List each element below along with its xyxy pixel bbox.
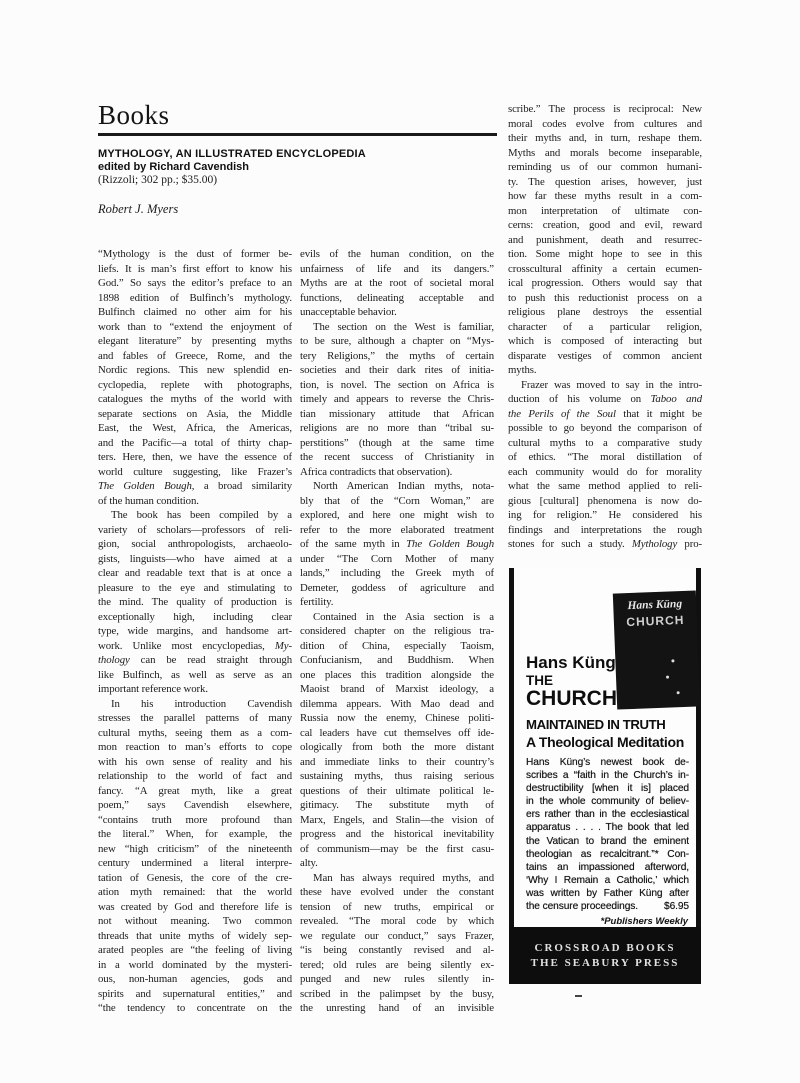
paragraph: Frazer was moved to say in the intro-duc… <box>508 378 702 552</box>
text-line: progress and the historical inevitabilit… <box>300 827 494 842</box>
text-line: moral codes evolve from cultures and <box>508 117 702 132</box>
publisher-band: CROSSROAD BOOKS THE SEABURY PRESS <box>509 927 701 984</box>
text-line: work than to “extend the enjoyment of <box>98 320 292 335</box>
paragraph: The book has been compiled by avariety o… <box>98 508 292 697</box>
text-segment: pro- <box>677 538 702 550</box>
text-line: fancy. “A great myth, like a great <box>98 784 292 799</box>
text-line: stones for such a study. Mythology pro- <box>508 537 702 552</box>
text-line: “is being constantly revised and al- <box>300 943 494 958</box>
text-line: ation myth remained: that the world <box>98 885 292 900</box>
cover-speck <box>671 659 674 662</box>
text-line: ers rather than in the ecclesiastical <box>526 808 689 821</box>
text-line: dilemma appears. With Mao dead and <box>300 697 494 712</box>
book-cover-title: CHURCH <box>614 612 697 629</box>
text-line: to push this reductionist process on a <box>508 291 702 306</box>
book-cover-author: Hans Küng <box>613 597 696 613</box>
text-line: Nordic regions. This new splendid en- <box>98 363 292 378</box>
text-line: Myths are at the root of societal moral <box>300 276 494 291</box>
cover-speck <box>677 691 680 694</box>
text-line: cal leaders have cut themselves off ide- <box>300 726 494 741</box>
text-line: Myths and morals become inseparable, <box>508 146 702 161</box>
text-line: Bulfinch claimed no other aim for his <box>98 305 292 320</box>
text-line: evils of the human condition, on the <box>300 247 494 262</box>
text-segment: duction of his volume on <box>508 393 651 405</box>
text-line: duction of his volume on Taboo and <box>508 392 702 407</box>
text-segment: work. Unlike most encyclopedias, <box>98 640 275 652</box>
text-line: which is composed of interacting but <box>508 334 702 349</box>
italic-title: Taboo and <box>651 393 702 405</box>
text-line: the mind. The quality of production is <box>98 595 292 610</box>
text-line: scribed in the palimpset by the busy, <box>300 987 494 1002</box>
text-line: Confucianism, and Buddhism. When <box>300 653 494 668</box>
text-line: religious plane destroys the essential <box>508 305 702 320</box>
text-line: what the same method applied to reli- <box>508 479 702 494</box>
text-line: cultural myths, seeing them as a com- <box>98 726 292 741</box>
article-column-2: evils of the human condition, on theunfa… <box>300 247 494 1016</box>
text-line: these have evolved under the constant <box>300 885 494 900</box>
text-line: dition of China, especially Taoism, <box>300 639 494 654</box>
text-line: bly that of the “Corn Woman,” are <box>300 494 494 509</box>
text-line: 1898 edition of Bulfinch’s mythology. <box>98 291 292 306</box>
text-line: ical progression. Others would say that <box>508 276 702 291</box>
publisher-imprint: CROSSROAD BOOKS <box>535 942 676 955</box>
text-line: of ethics. “The moral distillation of <box>508 450 702 465</box>
text-line: findings and interpretations the rough <box>508 523 702 538</box>
text-line: arated peoples are “the feeling of livin… <box>98 943 292 958</box>
text-line: Frazer was moved to say in the intro- <box>508 378 702 393</box>
article-column-1: “Mythology is the dust of former be-lief… <box>98 247 292 1016</box>
text-line: Hans Küng’s newest book de- <box>526 756 689 769</box>
text-line: scribe.” The process is reciprocal: New <box>508 102 702 117</box>
publisher-name: THE SEABURY PRESS <box>531 957 680 970</box>
text-line: liefs. It is man’s first effort to know … <box>98 262 292 277</box>
text-line: tian missionary attitude that African <box>300 407 494 422</box>
text-line: under “The Corn Mother of many <box>300 552 494 567</box>
text-line: stresses the parallel patterns of many <box>98 711 292 726</box>
text-line: ologically from both the more distant <box>300 740 494 755</box>
text-line: we regulate our conduct,” says Frazer, <box>300 929 494 944</box>
text-line: was written by Father Küng after <box>526 887 689 900</box>
text-line: questions of their ultimate political le… <box>300 784 494 799</box>
text-line: refer to the more elaborated treatment <box>300 523 494 538</box>
text-line: cerns: creation, good and evil, reward <box>508 218 702 233</box>
text-line: societies and their dark rites of initia… <box>300 363 494 378</box>
ad-subtitle-maintained: MAINTAINED IN TRUTH <box>526 717 665 732</box>
text-line: timely and appears to reverse the Chris- <box>300 392 494 407</box>
text-line: theologian as recalcitrant.”* Con- <box>526 848 689 861</box>
section-title: Books <box>98 100 170 130</box>
ad-title-church: CHURCH <box>526 688 617 710</box>
text-line: the censure proceedings.$6.95 <box>526 900 689 913</box>
text-segment: the censure proceedings. <box>526 900 638 913</box>
text-line: ing for religion.” He considered his <box>508 508 702 523</box>
text-line: century undermined a literal interpre- <box>98 856 292 871</box>
text-line: gious [cultural] phenomena is now do- <box>508 494 702 509</box>
text-line: the Vatican to brand the eminent <box>526 835 689 848</box>
text-line: was created by God and therefore life is <box>98 900 292 915</box>
italic-title: the Perils of the Soul <box>508 408 616 420</box>
text-line: gists, linguists—who have aimed at a <box>98 552 292 567</box>
ad-price: $6.95 <box>664 900 689 913</box>
text-line: mon reaction to man’s efforts to cope <box>98 740 292 755</box>
text-line: revealed. “The moral code by which <box>300 914 494 929</box>
cover-speck <box>666 676 669 679</box>
text-line: in a world dominated by the mysteri- <box>98 958 292 973</box>
paragraph: evils of the human condition, on theunfa… <box>300 247 494 320</box>
text-line: crosscultural affinity a certain ecumen- <box>508 262 702 277</box>
reviewed-book-title: MYTHOLOGY, AN ILLUSTRATED ENCYCLOPEDIA <box>98 148 366 161</box>
text-segment: that it might be <box>616 408 702 420</box>
text-line: “the tendency to concentrate on the <box>98 1001 292 1016</box>
text-line: destructibility [when it is] placed <box>526 782 689 795</box>
paragraph: Contained in the Asia section is aconsid… <box>300 610 494 871</box>
text-line: and punishment, death and resurrec- <box>508 233 702 248</box>
text-line: mon interpretation of ultimate con- <box>508 204 702 219</box>
italic-title: thology <box>98 654 130 666</box>
text-line: how far these myths result in a com- <box>508 189 702 204</box>
text-line: in the whole community of believ- <box>526 795 689 808</box>
text-line: type, wide margins, and handsome art- <box>98 624 292 639</box>
text-line: sustaining myths, thus raising serious <box>300 769 494 784</box>
text-line: tery Religions,” the myths of certain <box>300 349 494 364</box>
text-line: the recent success of Christianity in <box>300 450 494 465</box>
text-line: of the human condition. <box>98 494 292 509</box>
text-line: East, the West, Africa, the Americas, <box>98 421 292 436</box>
text-line: lands,” including the Greek myth of <box>300 566 494 581</box>
text-line: alty. <box>300 856 494 871</box>
text-line: the Perils of the Soul that it might be <box>508 407 702 422</box>
reviewer-name: Robert J. Myers <box>98 202 178 217</box>
italic-title: The Golden Bough <box>98 480 192 492</box>
text-line: work. Unlike most encyclopedias, My- <box>98 639 292 654</box>
text-line: not without meaning. Two common <box>98 914 292 929</box>
text-line: with his own sense of reality and his <box>98 755 292 770</box>
text-line: gion, social anthropologists, archaeolo- <box>98 537 292 552</box>
text-line: exceptionally high, including clear <box>98 610 292 625</box>
text-line: tion, is novel. The section on Africa is <box>300 378 494 393</box>
text-line: possible to go beyond the comparison of <box>508 421 702 436</box>
text-line: catalogues the myths of the world with <box>98 392 292 407</box>
text-line: apparatus . . . . The book that led <box>526 821 689 834</box>
text-line: cultural myths to a comparative study <box>508 436 702 451</box>
text-line: cyclopedia, replete with photographs, <box>98 378 292 393</box>
text-line: In his introduction Cavendish <box>98 697 292 712</box>
ink-speck <box>575 995 582 997</box>
text-line: relationship to the world of fact and <box>98 769 292 784</box>
text-line: poem,” says Cavendish elsewhere, <box>98 798 292 813</box>
text-line: thology can be read straight through <box>98 653 292 668</box>
text-line: “Mythology is the dust of former be- <box>98 247 292 262</box>
text-line: the unresting hand of an invisible <box>300 1001 494 1016</box>
text-line: each community would do for morality <box>508 465 702 480</box>
paragraph: North American Indian myths, nota-bly th… <box>300 479 494 610</box>
ad-review-credit: *Publishers Weekly <box>601 916 688 927</box>
reviewed-book-publisher: (Rizzoli; 302 pp.; $35.00) <box>98 174 217 187</box>
text-line: “contains truth more profound than <box>98 813 292 828</box>
text-line: Marx, Engels, and Stalin—the vision of <box>300 813 494 828</box>
text-line: the literal.” When, for example, the <box>98 827 292 842</box>
text-line: The section on the West is familiar, <box>300 320 494 335</box>
paragraph: Hans Küng’s newest book de-scribes a “fa… <box>526 756 689 913</box>
text-line: gitimacy. The substitute myth of <box>300 798 494 813</box>
text-line: and immediate links to their country’s <box>300 755 494 770</box>
text-line: ters. Here, then, we have the essence of <box>98 450 292 465</box>
text-line: disparate vestiges of common ancient <box>508 349 702 364</box>
text-segment: , a broad similarity <box>192 480 292 492</box>
text-line: of the same myth in The Golden Bough <box>300 537 494 552</box>
text-line: and the Pacific—a total of thirty chap- <box>98 436 292 451</box>
text-line: religions are no more than “tribal su- <box>300 421 494 436</box>
text-line: explored, and here one might wish to <box>300 508 494 523</box>
text-line: Contained in the Asia section is a <box>300 610 494 625</box>
text-segment: of the same myth in <box>300 538 406 550</box>
text-line: tered; old rules are being silently ex- <box>300 958 494 973</box>
text-line: fertility. <box>300 595 494 610</box>
text-line: their myths and, in turn, reshape them. <box>508 131 702 146</box>
text-segment: stones for such a study. <box>508 538 632 550</box>
text-line: of communism—may be the first casu- <box>300 842 494 857</box>
text-line: and fables of Greece, Rome, and the <box>98 349 292 364</box>
paragraph: In his introduction Cavendishstresses th… <box>98 697 292 1016</box>
paragraph: scribe.” The process is reciprocal: Newm… <box>508 102 702 378</box>
book-advertisement: Hans Küng CHURCH Hans Küng THE CHURCH MA… <box>509 568 701 984</box>
paragraph: “Mythology is the dust of former be-lief… <box>98 247 292 508</box>
text-line: spirits and supernatural entities,” and <box>98 987 292 1002</box>
text-line: Russia now the enemy, Chinese politi- <box>300 711 494 726</box>
text-line: God.” So says the editor’s preface to an <box>98 276 292 291</box>
italic-title: Mythology <box>632 538 677 550</box>
text-line: punged and new rules silently in- <box>300 972 494 987</box>
text-line: North American Indian myths, nota- <box>300 479 494 494</box>
text-segment: can be read straight through <box>130 654 292 666</box>
ad-subtitle-meditation: A Theological Meditation <box>526 734 684 750</box>
italic-title: The Golden Bough <box>406 538 494 550</box>
ad-title-the: THE <box>526 674 553 688</box>
text-line: pleasure to the eye and stimulating to <box>98 581 292 596</box>
text-line: to be sure, although a chapter on “Mys- <box>300 334 494 349</box>
text-line: ‘Why I Remain a Catholic,’ which <box>526 874 689 887</box>
text-line: considered chapter on the religious tra- <box>300 624 494 639</box>
text-line: unacceptable behavior. <box>300 305 494 320</box>
article-column-3: scribe.” The process is reciprocal: Newm… <box>508 102 702 552</box>
text-line: world culture suggesting, like Frazer’s <box>98 465 292 480</box>
text-line: The book has been compiled by a <box>98 508 292 523</box>
text-line: separate sections on Asia, the Middle <box>98 407 292 422</box>
text-line: variety of scholars—professors of reli- <box>98 523 292 538</box>
text-line: perstitions” (though at the same time <box>300 436 494 451</box>
text-line: Man has always required myths, and <box>300 871 494 886</box>
text-line: tension of new truths, empirical or <box>300 900 494 915</box>
text-line: Maoist brand of Marxist ideology, a <box>300 682 494 697</box>
text-line: ty. The question arises, however, just <box>508 175 702 190</box>
text-line: important reference work. <box>98 682 292 697</box>
text-line: reminding us of our common humani- <box>508 160 702 175</box>
scanned-review-page: { "header": { "section_title": "Books", … <box>0 0 800 1083</box>
text-line: Demeter, goddess of agriculture and <box>300 581 494 596</box>
text-line: Africa contradicts that observation). <box>300 465 494 480</box>
text-line: one places this tradition alongside the <box>300 668 494 683</box>
text-line: scribes a “faith in the Church’s in- <box>526 769 689 782</box>
book-cover-image: Hans Küng CHURCH <box>613 590 700 709</box>
text-line: The Golden Bough, a broad similarity <box>98 479 292 494</box>
text-line: clear and readable text that is at once … <box>98 566 292 581</box>
text-line: tation of Genesis, the core of the cre- <box>98 871 292 886</box>
paragraph: The section on the West is familiar,to b… <box>300 320 494 480</box>
ad-author-name: Hans Küng <box>526 654 616 672</box>
text-line: tion. Some might hope to see in this <box>508 247 702 262</box>
text-line: threads that unite myths of widely sep- <box>98 929 292 944</box>
text-line: myths. <box>508 363 702 378</box>
text-line: ous, non-human agencies, gods and <box>98 972 292 987</box>
text-line: new “high criticism” of the nineteenth <box>98 842 292 857</box>
text-line: character of a particular religion, <box>508 320 702 335</box>
header-rule <box>98 133 497 136</box>
italic-title: My- <box>275 640 292 652</box>
paragraph: Man has always required myths, andthese … <box>300 871 494 1016</box>
text-line: functions, delineating acceptable and <box>300 291 494 306</box>
text-line: tains an impassioned afterword, <box>526 861 689 874</box>
ad-body-text: Hans Küng’s newest book de-scribes a “fa… <box>526 756 689 913</box>
reviewed-book-editor: edited by Richard Cavendish <box>98 161 249 174</box>
text-line: unfairness of life and its dangers.” <box>300 262 494 277</box>
text-line: elegant literature” by presenting myths <box>98 334 292 349</box>
text-line: like Bulfinch, as well as serve as an <box>98 668 292 683</box>
